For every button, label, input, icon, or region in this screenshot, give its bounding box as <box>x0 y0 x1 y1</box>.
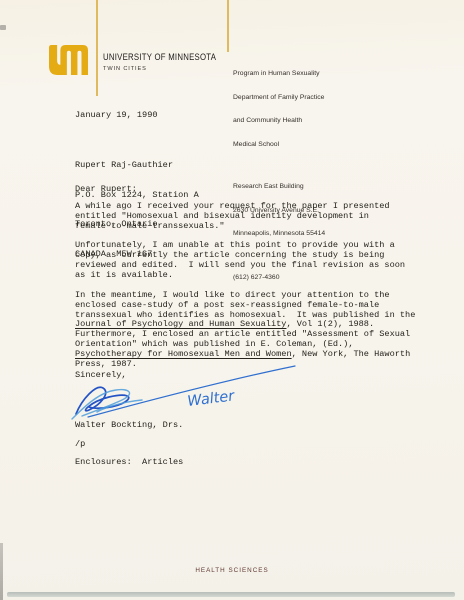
body-text-segment: entitled "Homosexual and bisexual identi… <box>75 211 369 221</box>
scan-edge-bottom <box>7 592 455 597</box>
university-of-minnesota-logo-icon <box>49 45 88 75</box>
scan-artifact <box>0 25 6 30</box>
letter-date: January 19, 1990 <box>75 111 158 121</box>
salutation: Dear Rupert: <box>75 185 137 195</box>
dept-line: Medical School <box>233 141 325 149</box>
scan-artifact <box>0 543 3 600</box>
logo-m-glyph <box>60 45 88 75</box>
signature-handwritten-name: Walter <box>187 388 237 410</box>
body-text-segment: copy, as currently the article concernin… <box>75 250 384 260</box>
body-text-segment: Unfortunately, I am unable at this point… <box>75 240 395 250</box>
dept-line: and Community Health <box>233 117 325 125</box>
address-line: Research East Building <box>233 183 325 191</box>
body-paragraph: A while ago I received your request for … <box>75 202 447 232</box>
gold-rule-right <box>227 0 229 52</box>
signer-name: Walter Bockting, Drs. <box>75 421 183 431</box>
dept-line: Program in Human Sexuality <box>233 70 325 78</box>
body-text-segment: In the meantime, I would like to direct … <box>75 290 390 300</box>
signature-scrawl-light <box>72 390 142 419</box>
body-line: as it is available. <box>75 271 447 281</box>
campus-name: TWIN CITIES <box>103 66 147 72</box>
body-text-segment: , Vol 1(2), 1988. <box>286 319 374 329</box>
signature: Walter <box>62 355 312 425</box>
underlined-title: Journal of Psychology and Human Sexualit… <box>75 319 286 329</box>
gold-rule-left <box>96 0 98 96</box>
body-text-segment: enclosed case-study of a post sex-reassi… <box>75 300 379 310</box>
body-line: female-to-male transsexuals." <box>75 222 447 232</box>
recipient-line: Rupert Raj-Gauthier <box>75 161 199 171</box>
university-name: UNIVERSITY OF MINNESOTA <box>103 52 216 63</box>
body-text-segment: female-to-male transsexuals." <box>75 221 225 231</box>
dept-line: Department of Family Practice <box>233 94 325 102</box>
letter-page: UNIVERSITY OF MINNESOTA TWIN CITIES Prog… <box>0 0 464 600</box>
body-text-segment: Orientation" which was published in E. C… <box>75 339 353 349</box>
body-text-segment: transsexual who identifies as homosexual… <box>75 310 415 320</box>
enclosures-note: Enclosures: Articles <box>75 458 183 468</box>
body-paragraph: Unfortunately, I am unable at this point… <box>75 241 447 281</box>
typist-initials: /p <box>75 440 85 450</box>
body-text-segment: as it is available. <box>75 270 173 280</box>
body-text-segment: Furthermore, I enclosed an article entit… <box>75 329 410 339</box>
letter-body: A while ago I received your request for … <box>75 202 447 370</box>
body-text-segment: A while ago I received your request for … <box>75 201 390 211</box>
footer-health-sciences: HEALTH SCIENCES <box>0 567 464 574</box>
body-text-segment: reviewed and edited. I will send you the… <box>75 260 405 270</box>
